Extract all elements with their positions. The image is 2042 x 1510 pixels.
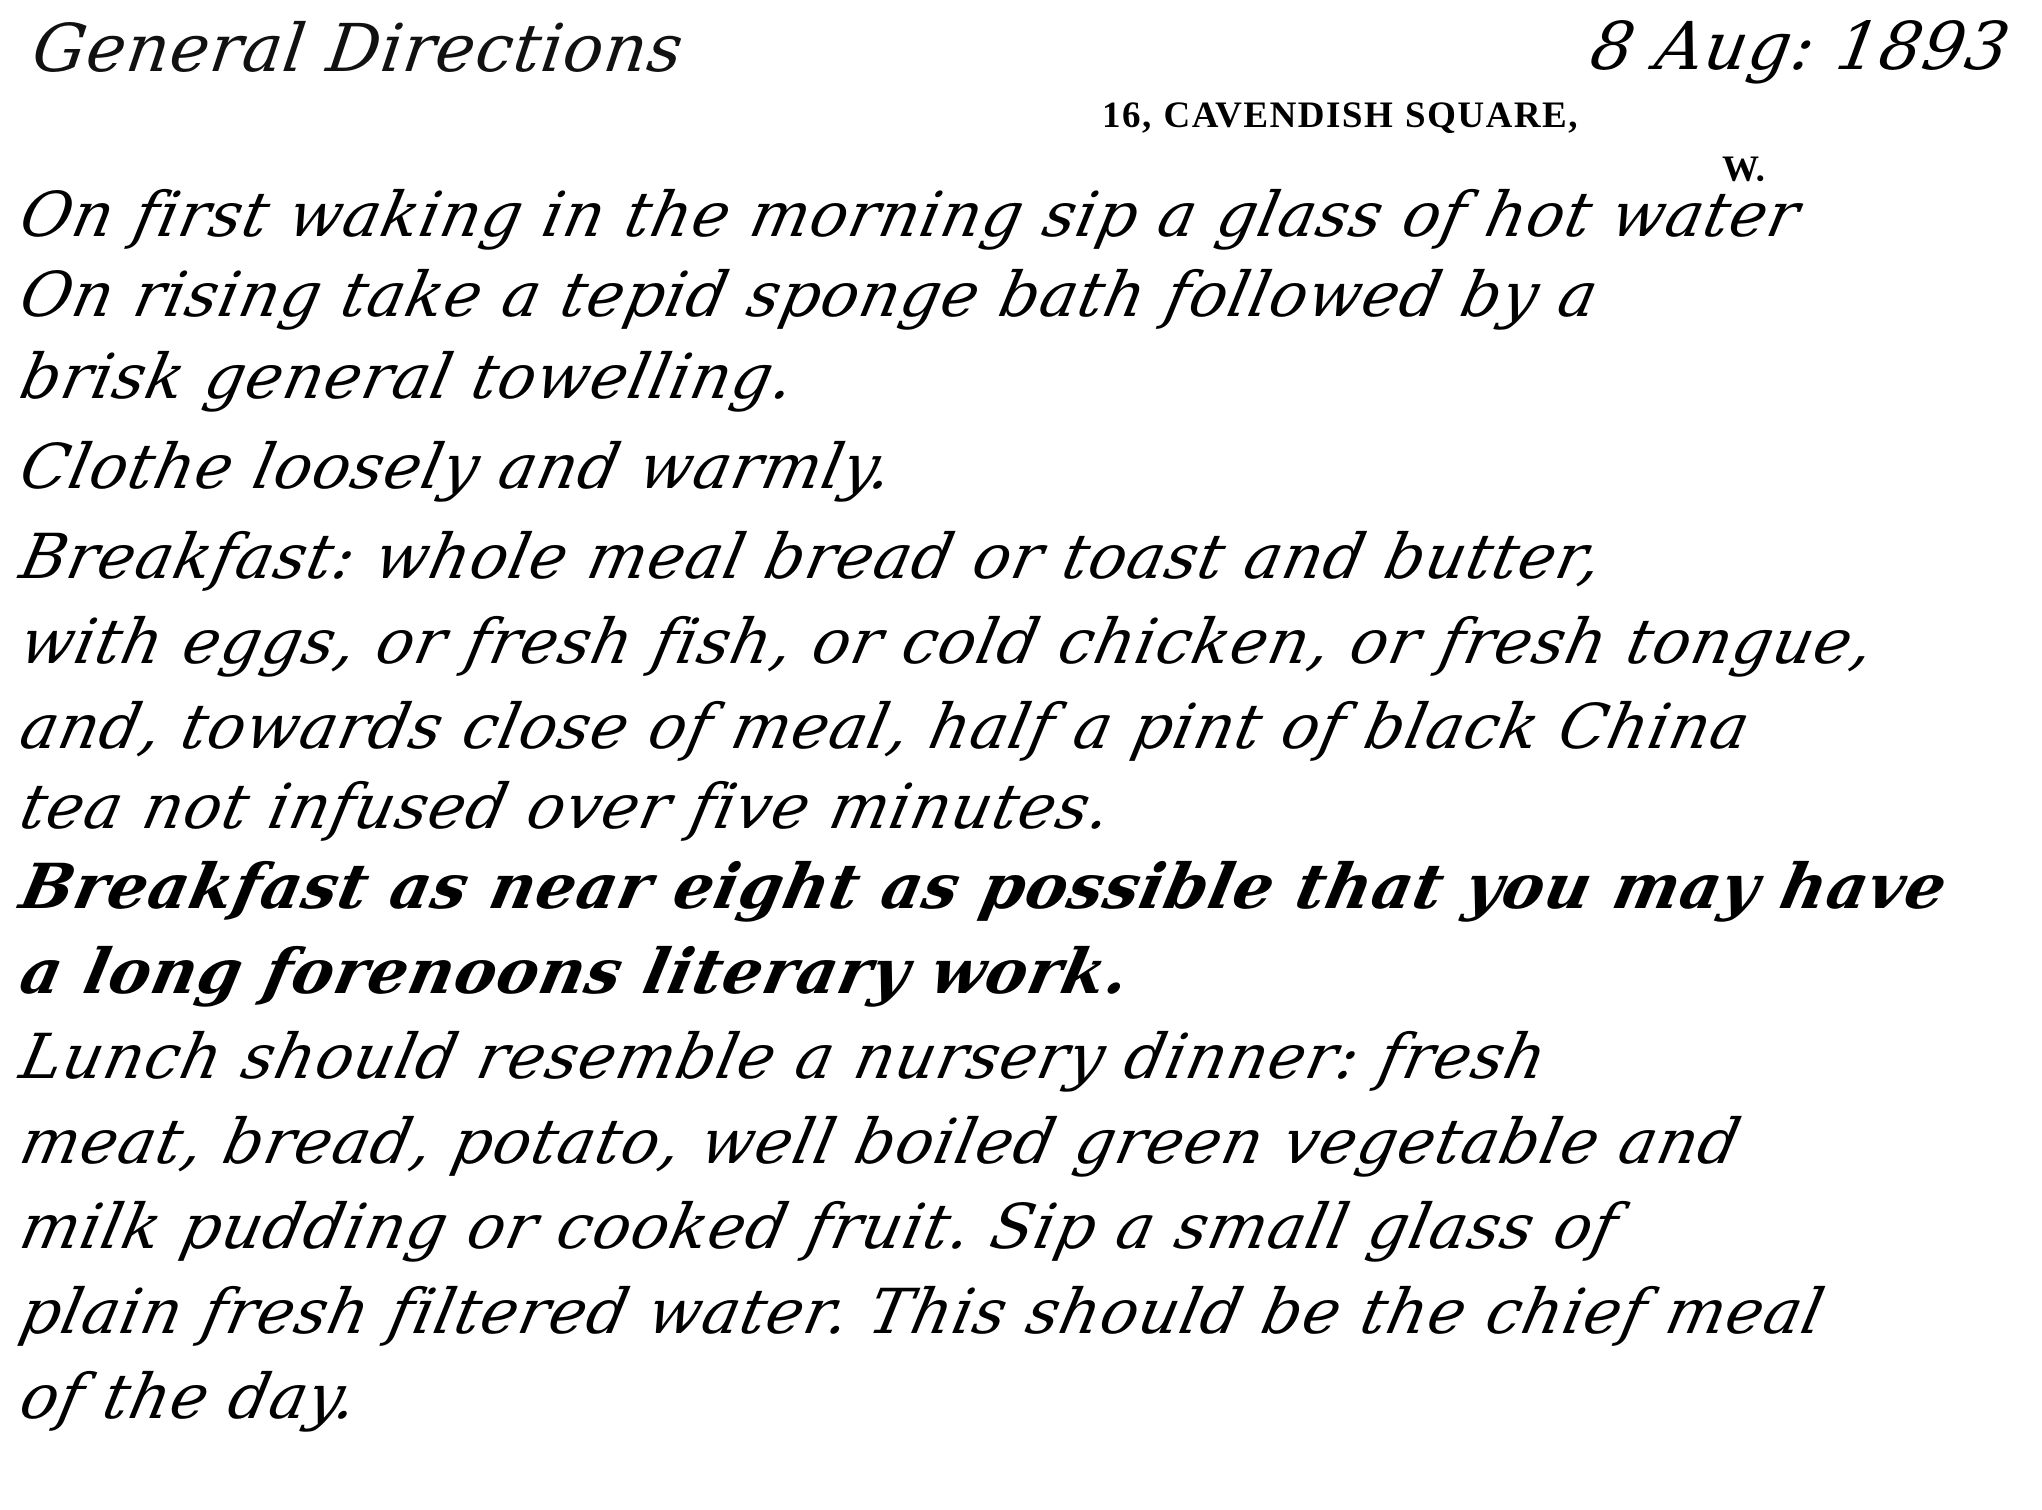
letter-line: a long forenoons literary work. [14, 935, 1137, 1008]
letter-line: Breakfast as near eight as possible that… [14, 850, 1954, 923]
letter-line: plain fresh filtered water. This should … [14, 1275, 1831, 1348]
letter-heading: General Directions [28, 10, 689, 87]
letter-line: On first waking in the morning sip a gla… [14, 178, 1807, 251]
letter-line: of the day. [14, 1360, 365, 1433]
letter-line: Clothe loosely and warmly. [14, 430, 900, 503]
letter-line: with eggs, or fresh fish, or cold chicke… [14, 605, 1881, 678]
letterhead-address: 16, CAVENDISH SQUARE, [1102, 94, 1579, 137]
letter-line: meat, bread, potato, well boiled green v… [14, 1105, 1748, 1178]
letter-line: milk pudding or cooked fruit. Sip a smal… [14, 1190, 1625, 1263]
letter-line: Breakfast: whole meal bread or toast and… [14, 520, 1609, 593]
letter-line: Lunch should resemble a nursery dinner: … [14, 1020, 1554, 1093]
letter-line: tea not infused over five minutes. [14, 770, 1118, 843]
letter-line: and, towards close of meal, half a pint … [14, 690, 1757, 763]
letter-line: brisk general towelling. [14, 340, 802, 413]
letter-date: 8 Aug: 1893 [1585, 8, 2016, 85]
letter-line: On rising take a tepid sponge bath follo… [14, 258, 1605, 331]
letter-page: General Directions 8 Aug: 1893 16, CAVEN… [0, 0, 2042, 1510]
